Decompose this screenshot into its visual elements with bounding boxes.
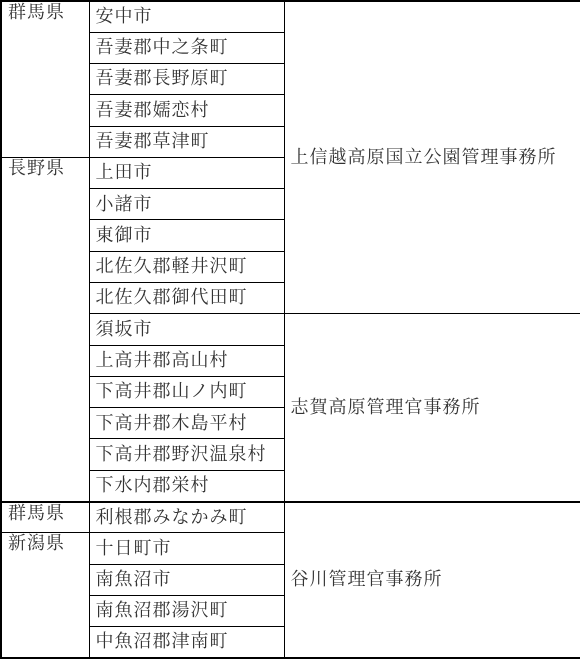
municipality-cell: 吾妻郡草津町: [89, 126, 284, 157]
municipality-cell: 北佐久郡御代田町: [89, 283, 284, 314]
prefecture-cell: 群馬県: [1, 502, 89, 533]
municipality-cell: 小諸市: [89, 189, 284, 220]
municipality-cell: 安中市: [89, 1, 284, 32]
prefecture-cell: 長野県: [1, 157, 89, 501]
municipality-cell: 下高井郡山ノ内町: [89, 376, 284, 407]
municipality-cell: 上高井郡高山村: [89, 345, 284, 376]
municipality-cell: 吾妻郡中之条町: [89, 32, 284, 63]
municipality-cell: 東御市: [89, 220, 284, 251]
municipality-cell: 下水内郡栄村: [89, 470, 284, 501]
municipality-cell: 下高井郡木島平村: [89, 408, 284, 439]
office-cell: 志賀高原管理官事務所: [284, 314, 580, 502]
municipality-cell: 上田市: [89, 157, 284, 188]
municipality-cell: 北佐久郡軽井沢町: [89, 251, 284, 282]
municipality-cell: 須坂市: [89, 314, 284, 345]
municipality-cell: 十日町市: [89, 533, 284, 564]
municipality-cell: 中魚沼郡津南町: [89, 627, 284, 658]
municipality-cell: 下高井郡野沢温泉村: [89, 439, 284, 470]
municipality-cell: 吾妻郡長野原町: [89, 64, 284, 95]
office-assignment-table: 群馬県 安中市 上信越高原国立公園管理事務所 吾妻郡中之条町 吾妻郡長野原町 吾…: [0, 0, 580, 659]
municipality-cell: 南魚沼市: [89, 564, 284, 595]
office-cell: 谷川管理官事務所: [284, 502, 580, 659]
office-cell: 上信越高原国立公園管理事務所: [284, 1, 580, 314]
municipality-cell: 利根郡みなかみ町: [89, 502, 284, 533]
page: 群馬県 安中市 上信越高原国立公園管理事務所 吾妻郡中之条町 吾妻郡長野原町 吾…: [0, 0, 580, 659]
prefecture-cell: 群馬県: [1, 1, 89, 157]
municipality-cell: 南魚沼郡湯沢町: [89, 595, 284, 626]
prefecture-cell: 新潟県: [1, 533, 89, 658]
municipality-cell: 吾妻郡嬬恋村: [89, 95, 284, 126]
